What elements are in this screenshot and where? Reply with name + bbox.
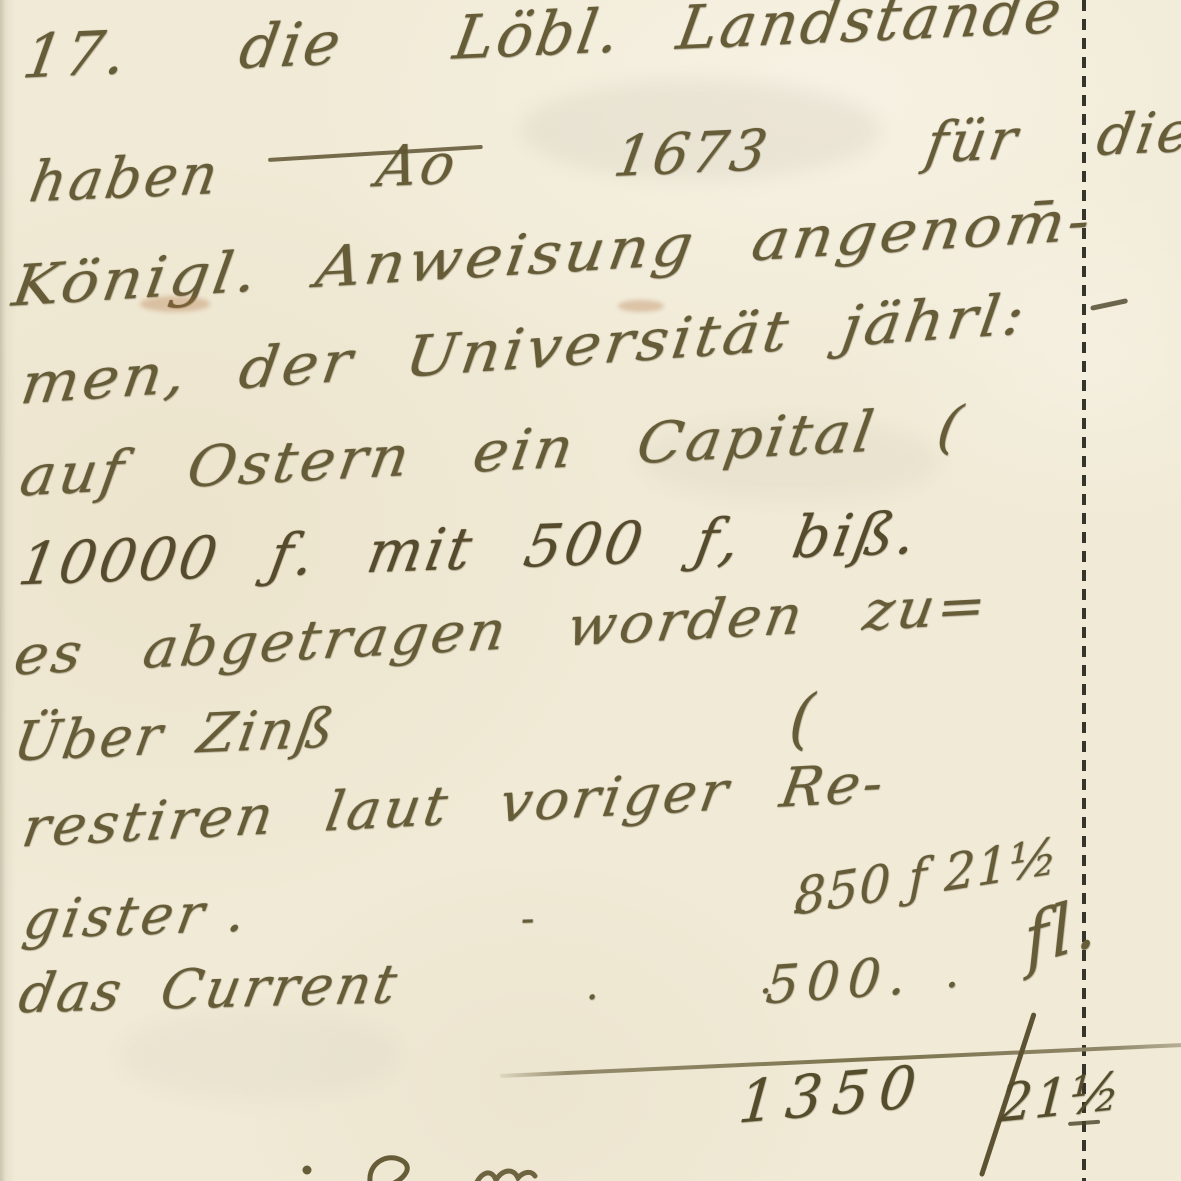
manuscript-line: das Current — [14, 952, 404, 1025]
line-end-dash — [1090, 298, 1128, 311]
trailing-dot: · — [945, 960, 961, 1011]
ink-blot — [140, 296, 210, 312]
manuscript-page: 17. die Löbl. Landstände haben Ao 1673 f… — [0, 0, 1181, 1181]
manuscript-line: gister . — [19, 880, 255, 951]
manuscript-line: Über Zinß — [9, 696, 341, 774]
leader-dots: - - — [520, 885, 833, 942]
total-fraction: 21½ — [998, 1061, 1124, 1135]
manuscript-line: 17. die Löbl. Landstände — [18, 0, 1069, 93]
parenthesis-mark: ( — [787, 681, 819, 759]
current-amount: 500. — [764, 946, 916, 1017]
currency-flourish: fl. — [1022, 881, 1099, 982]
bleedthrough-patch — [120, 1010, 400, 1100]
next-line-partial-strokes — [285, 1150, 575, 1181]
register-amount: 850 ƒ 21½ — [794, 826, 1059, 927]
manuscript-line: auf Ostern ein Capital ( — [16, 395, 970, 510]
column-rule-dashed — [1082, 0, 1086, 1181]
